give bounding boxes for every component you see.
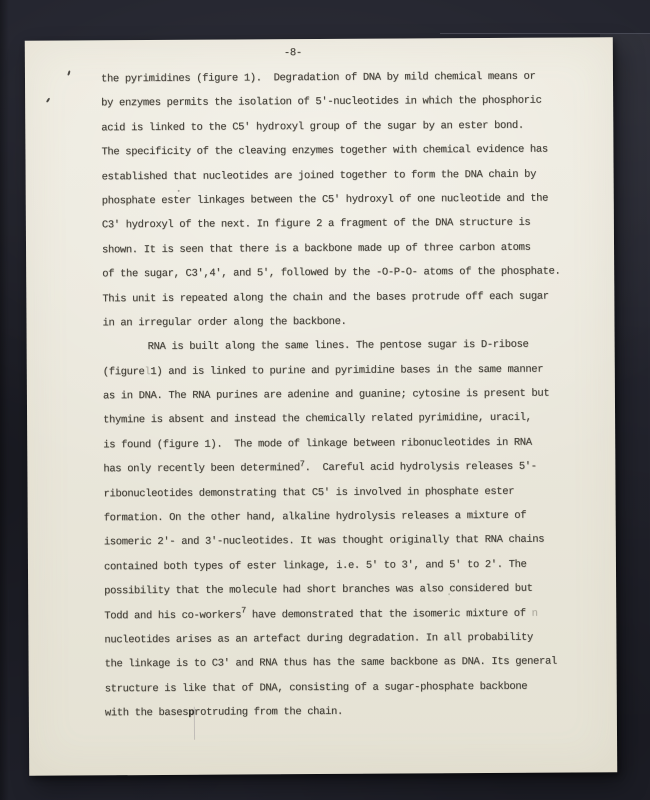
text-line: has only recently been determined7. Care… — [103, 455, 591, 482]
text-segment: 1) and is linked to purine and pyrimidin… — [150, 363, 543, 377]
superscript-reference: 7 — [241, 606, 246, 616]
text-segment: have demonstrated that the isomeric mixt… — [246, 607, 532, 621]
typewritten-text: the pyrimidines (figure 1). Degradation … — [101, 64, 593, 726]
text-line: is found (figure 1). The mode of linkage… — [103, 430, 591, 457]
superscript-reference: 7 — [300, 459, 305, 469]
text-segment: Todd and his co-workers — [104, 609, 241, 622]
text-line: isomeric 2'- and 3'-nucleotides. It was … — [104, 528, 592, 555]
text-line: structure is like that of DNA, consistin… — [105, 674, 593, 701]
text-segment: with the bases — [105, 707, 188, 720]
text-line: with the basesprotruding from the chain. — [105, 699, 593, 726]
text-segment: is found (figure 1). The mode of linkage… — [103, 437, 532, 452]
text-line: shown. It is seen that there is a backbo… — [102, 235, 590, 262]
text-line: RNA is built along the same lines. The p… — [103, 333, 591, 360]
paper-speck — [178, 190, 180, 192]
text-segment: RNA is built along the same lines. The p… — [148, 339, 529, 353]
text-segment: by enzymes permits the isolation of 5'-n… — [101, 95, 541, 110]
text-segment: as in DNA. The RNA purines are adenine a… — [103, 388, 549, 403]
text-line: contained both types of ester linkage, i… — [104, 552, 592, 579]
text-segment: contained both types of ester linkage, i… — [104, 559, 527, 574]
document-page: -8- the pyrimidines (figure 1). Degradat… — [25, 37, 617, 776]
text-segment: nucleotides arises as an artefact during… — [104, 632, 533, 647]
text-segment: of the sugar, C3',4', and 5', followed b… — [102, 266, 560, 281]
text-segment: acid is linked to the C5' hydroxyl group… — [101, 120, 524, 135]
text-line: as in DNA. The RNA purines are adenine a… — [103, 381, 591, 408]
text-segment: shown. It is seen that there is a backbo… — [102, 241, 531, 256]
text-segment: phosphate ester linkages between the C5'… — [102, 193, 548, 208]
page-number: -8- — [265, 47, 321, 59]
paper-speck — [448, 593, 450, 595]
text-line: formation. On the other hand, alkaline h… — [104, 503, 592, 530]
text-segment: l — [144, 366, 150, 378]
text-segment: thymine is absent and instead the chemic… — [103, 412, 532, 427]
text-segment: . Careful acid hydrolysis releases 5'- — [305, 461, 537, 474]
text-line: This unit is repeated along the chain an… — [102, 284, 590, 311]
text-line: established that nucleotides are joined … — [102, 162, 590, 189]
text-segment: the linkage is to C3' and RNA thus has t… — [105, 656, 557, 671]
text-line: by enzymes permits the isolation of 5'-n… — [101, 89, 589, 116]
text-segment: rotruding from the chain. — [194, 706, 343, 719]
text-line: ribonucleotides demonstrating that C5' i… — [103, 479, 591, 506]
margin-pen-mark — [46, 98, 50, 103]
text-segment: possibility that the molecule had short … — [104, 583, 533, 598]
pencil-scratch-mark — [194, 707, 195, 740]
text-segment: has only recently been determined — [103, 462, 299, 475]
text-line: acid is linked to the C5' hydroxyl group… — [101, 113, 589, 140]
text-segment: isomeric 2'- and 3'-nucleotides. It was … — [104, 534, 544, 549]
text-line: the linkage is to C3' and RNA thus has t… — [104, 650, 592, 677]
text-line: C3' hydroxyl of the next. In figure 2 a … — [102, 211, 590, 238]
text-line: The specificity of the cleaving enzymes … — [101, 138, 589, 165]
text-line: in an irregular order along the backbone… — [102, 308, 590, 335]
text-line: possibility that the molecule had short … — [104, 577, 592, 604]
left-edge-shadow — [0, 0, 9, 800]
text-segment: in an irregular order along the backbone… — [102, 316, 346, 329]
text-segment: structure is like that of DNA, consistin… — [105, 681, 528, 696]
text-segment: This unit is repeated along the chain an… — [102, 290, 548, 305]
text-line: (figurel1) and is linked to purine and p… — [103, 357, 591, 384]
text-line: the pyrimidines (figure 1). Degradation … — [101, 64, 589, 91]
text-segment: n — [532, 607, 538, 619]
text-line: nucleotides arises as an artefact during… — [104, 625, 592, 652]
text-line: Todd and his co-workers7 have demonstrat… — [104, 601, 592, 628]
text-segment: The specificity of the cleaving enzymes … — [101, 144, 547, 159]
text-segment: formation. On the other hand, alkaline h… — [104, 510, 527, 525]
text-segment: ribonucleotides demonstrating that C5' i… — [103, 485, 514, 500]
text-segment: (figure — [103, 366, 145, 378]
text-line: of the sugar, C3',4', and 5', followed b… — [102, 259, 590, 286]
text-segment: the pyrimidines (figure 1). Degradation … — [101, 71, 536, 86]
margin-pen-mark — [67, 70, 70, 75]
text-segment: C3' hydroxyl of the next. In figure 2 a … — [102, 217, 531, 232]
text-line: phosphate ester linkages between the C5'… — [102, 186, 590, 213]
text-line: thymine is absent and instead the chemic… — [103, 406, 591, 433]
text-segment: established that nucleotides are joined … — [102, 168, 537, 183]
